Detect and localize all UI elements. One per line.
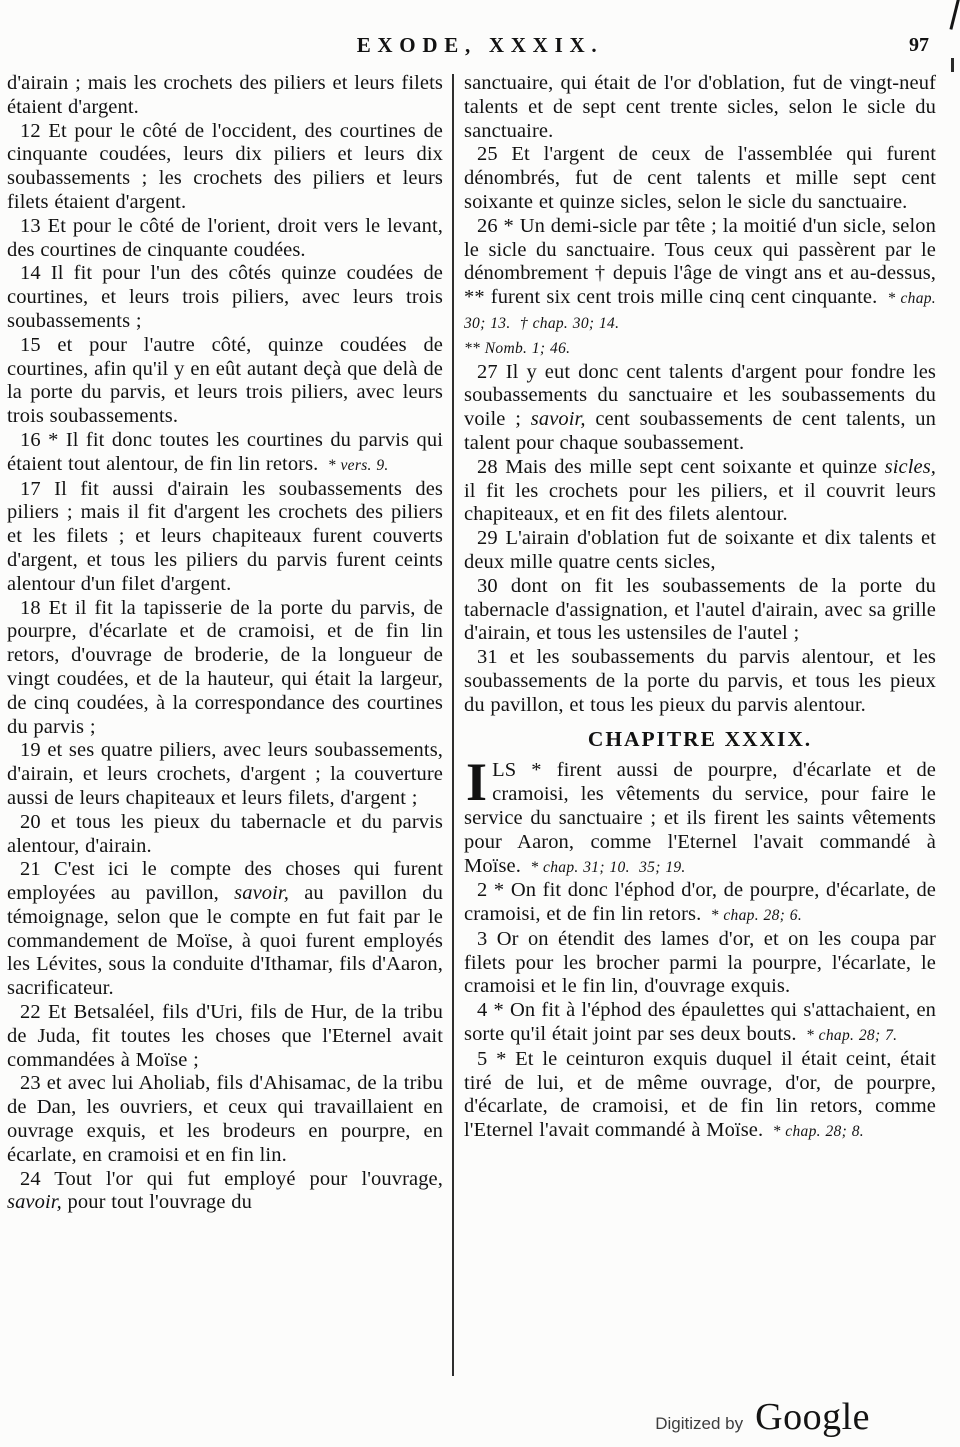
text-segment: 23 et avec lui Aholiab, fils d'Ahisamac,… [7, 1072, 443, 1165]
footnote-reference: ** Nomb. 1; 46. [464, 340, 570, 357]
verse-paragraph: 17 Il fit aussi d'airain les soubassemen… [7, 478, 443, 597]
verse-paragraph: 30 dont on fit les soubassements de la p… [464, 575, 936, 646]
column-divider-rule [452, 74, 454, 1376]
chapter-heading: CHAPITRE XXXIX. [464, 728, 936, 752]
verse-paragraph: 27 Il y eut donc cent talents d'argent p… [464, 361, 936, 456]
verse-paragraph: 31 et les soubassements du parvis alento… [464, 646, 936, 717]
text-segment: 5 * Et le ceinturon exquis duquel il éta… [464, 1048, 936, 1141]
page-header: EXODE, XXXIX. 97 [0, 0, 960, 62]
footnote-reference: * vers. 9. [318, 457, 388, 474]
page-number: 97 [909, 34, 929, 57]
verse-paragraph: 18 Et il fit la tapisserie de la porte d… [7, 597, 443, 740]
text-segment: d'airain ; mais les crochets des piliers… [7, 72, 443, 118]
footnote-line: ** Nomb. 1; 46. [464, 336, 936, 361]
footnote-reference: * chap. 28; 6. [701, 907, 802, 924]
text-segment: sanctuaire, qui était de l'or d'oblation… [464, 72, 936, 142]
text-segment: 31 et les soubassements du parvis alento… [464, 646, 936, 716]
text-segment: 20 et tous les pieux du tabernacle et du… [7, 811, 443, 857]
verse-paragraph: 12 Et pour le côté de l'occident, des co… [7, 120, 443, 215]
two-column-text: d'airain ; mais les crochets des piliers… [0, 72, 960, 1424]
text-segment: 14 Il fit pour l'un des côtés quinze cou… [7, 262, 443, 332]
text-segment: savoir, [7, 1191, 62, 1213]
left-column: d'airain ; mais les crochets des piliers… [7, 72, 443, 1424]
text-segment: pour tout l'ouvrage du [62, 1191, 252, 1213]
text-segment: il fit les crochets pour les piliers, et… [464, 480, 936, 526]
text-segment: 19 et ses quatre piliers, avec leurs sou… [7, 739, 443, 809]
text-segment: 3 Or on étendit des lames d'or, et on le… [464, 928, 936, 998]
verse-paragraph: 19 et ses quatre piliers, avec leurs sou… [7, 739, 443, 810]
book-page-scan: EXODE, XXXIX. 97 d'airain ; mais les cro… [0, 0, 960, 1447]
verse-paragraph: 24 Tout l'or qui fut employé pour l'ouvr… [7, 1168, 443, 1216]
text-segment: 18 Et il fit la tapisserie de la porte d… [7, 597, 443, 738]
text-segment: 26 * Un demi-sicle par tête ; la moitié … [464, 215, 936, 308]
text-segment: 2 * On fit donc l'éphod d'or, de pourpre… [464, 879, 936, 925]
continuation-paragraph: d'airain ; mais les crochets des piliers… [7, 72, 443, 120]
right-column: sanctuaire, qui était de l'or d'oblation… [464, 72, 936, 1424]
verse-paragraph: 25 Et l'argent de ceux de l'assemblée qu… [464, 143, 936, 214]
verse-paragraph: 23 et avec lui Aholiab, fils d'Ahisamac,… [7, 1072, 443, 1167]
text-segment: 30 dont on fit les soubassements de la p… [464, 575, 936, 645]
digitized-footer: Digitized by Google [655, 1395, 870, 1439]
verse-paragraph: 21 C'est ici le compte des choses qui fu… [7, 858, 443, 1001]
running-title: EXODE, XXXIX. [0, 33, 960, 58]
verse-paragraph: 28 Mais des mille sept cent soixante et … [464, 456, 936, 527]
text-segment: 25 Et l'argent de ceux de l'assemblée qu… [464, 143, 936, 213]
footnote-reference: * chap. 31; 10. 35; 19. [521, 859, 686, 876]
text-segment: 17 Il fit aussi d'airain les soubassemen… [7, 478, 443, 595]
digitized-by-label: Digitized by [655, 1414, 743, 1434]
text-segment: savoir, [531, 408, 586, 430]
text-segment: 28 Mais des mille sept cent soixante et … [477, 456, 885, 478]
text-segment: 22 Et Betsaléel, fils d'Uri, fils de Hur… [7, 1001, 443, 1071]
text-segment: 15 et pour l'autre côté, quinze coudées … [7, 334, 443, 427]
text-segment: 13 Et pour le côté de l'orient, droit ve… [7, 215, 443, 261]
text-segment: sicles, [885, 456, 936, 478]
text-segment: 12 Et pour le côté de l'occident, des co… [7, 120, 443, 213]
text-segment: 29 L'airain d'oblation fut de soixante e… [464, 527, 936, 573]
text-segment: 24 Tout l'or qui fut employé pour l'ouvr… [20, 1168, 443, 1190]
continuation-paragraph: sanctuaire, qui était de l'or d'oblation… [464, 72, 936, 143]
text-segment: savoir, [234, 882, 289, 904]
footnote-reference: * chap. 28; 7. [797, 1027, 898, 1044]
google-logo: Google [755, 1395, 870, 1439]
verse-paragraph: 20 et tous les pieux du tabernacle et du… [7, 811, 443, 859]
verse-paragraph: 22 Et Betsaléel, fils d'Uri, fils de Hur… [7, 1001, 443, 1072]
footnote-reference: * chap. 28; 8. [763, 1123, 864, 1140]
drop-cap-initial: I [464, 759, 492, 803]
verse-paragraph: 2 * On fit donc l'éphod d'or, de pourpre… [464, 879, 936, 928]
verse-paragraph: 14 Il fit pour l'un des côtés quinze cou… [7, 262, 443, 333]
verse-paragraph: 4 * On fit à l'éphod des épaulettes qui … [464, 999, 936, 1048]
verse-paragraph: 3 Or on étendit des lames d'or, et on le… [464, 928, 936, 999]
verse-paragraph: 13 Et pour le côté de l'orient, droit ve… [7, 215, 443, 263]
verse-paragraph: 26 * Un demi-sicle par tête ; la moitié … [464, 215, 936, 336]
verse-paragraph: 16 * Il fit donc toutes les courtines du… [7, 429, 443, 478]
verse-paragraph: 15 et pour l'autre côté, quinze coudées … [7, 334, 443, 429]
verse-paragraph: 29 L'airain d'oblation fut de soixante e… [464, 527, 936, 575]
dropcap-paragraph: ILS * firent aussi de pourpre, d'écarlat… [464, 759, 936, 879]
verse-paragraph: 5 * Et le ceinturon exquis duquel il éta… [464, 1048, 936, 1144]
